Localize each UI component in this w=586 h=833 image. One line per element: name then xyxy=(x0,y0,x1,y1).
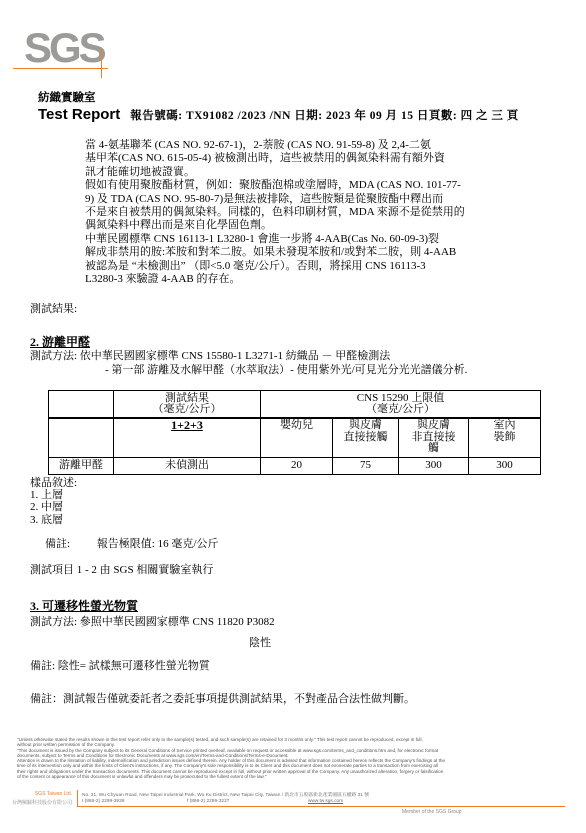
table-header-row-2: 1+2+3 嬰幼兒 與皮膚 直接接觸 與皮膚 非直接接 觸 室內 裝飾 xyxy=(49,418,541,458)
column-header-cell: 與皮膚 非直接接 觸 xyxy=(399,418,469,458)
lab-name: 紡織實驗室 xyxy=(38,89,96,105)
value-cell: 300 xyxy=(399,458,469,475)
limit-header-cell: CNS 15290 上限值 （毫克/公斤） xyxy=(261,391,541,419)
intro-line: 當 4-氨基聯苯 (CAS NO. 92-67-1)，2-萘胺 (CAS NO.… xyxy=(85,139,565,152)
intro-line: 假如有使用聚胺酯材質，例如：聚胺酯泡棉或塗層時，MDA (CAS NO. 101… xyxy=(85,179,565,192)
footer-telephone: t (886-2) 2299-3939 xyxy=(82,799,124,804)
footer-company-name-zh: 台灣檢驗科技股份有限公司 xyxy=(6,799,72,806)
value-cell: 300 xyxy=(469,458,541,475)
sample-item: 3. 底層 xyxy=(30,514,77,526)
table-data-row: 游離甲醛 未偵測出 20 75 300 300 xyxy=(49,458,541,475)
intro-line: 被認為是 “未檢測出” （即<5.0 毫克/公斤）。否則，將採用 CNS 161… xyxy=(85,260,565,273)
method-line: - 第一部 游離及水解甲醛（水萃取法）- 使用紫外光/可見光分光光譜儀分析. xyxy=(30,364,467,378)
intro-line: 解成非禁用的胺:苯胺和對苯二胺。如果未發現苯胺和/或對苯二胺，則 4-AAB xyxy=(85,246,565,259)
sample-description: 樣品敘述: 1. 上層 2. 中層 3. 底層 xyxy=(30,477,77,526)
report-header-line: Test Report 報告號碼: TX91082 /2023 /NN 日期: … xyxy=(38,106,519,124)
footer-company-name-en: SGS Taiwan Ltd. xyxy=(6,791,72,797)
note-label: 備註: xyxy=(45,538,70,550)
method-line: 測試方法: 依中華民國國家標準 CNS 15580-1 L3271-1 紡織品 … xyxy=(30,350,467,364)
footer-member-text: Member of the SGS Group xyxy=(402,809,461,815)
footer-website-link: www.tw.sgs.com xyxy=(308,799,343,804)
section2-method: 測試方法: 依中華民國國家標準 CNS 15580-1 L3271-1 紡織品 … xyxy=(30,350,467,377)
footer-fax: f (886-2) 2299-3227 xyxy=(187,799,229,804)
intro-paragraph: 當 4-氨基聯苯 (CAS NO. 92-67-1)，2-萘胺 (CAS NO.… xyxy=(85,139,565,286)
footer-divider-line xyxy=(77,790,78,807)
result-header-cell: 測試結果 （毫克/公斤） xyxy=(114,391,261,419)
note-text: 報告極限值: 16 毫克/公斤 xyxy=(97,538,219,550)
intro-line: L3280-3 來驗證 4-AAB 的存在。 xyxy=(85,273,565,286)
logo-vertical-line xyxy=(101,49,102,78)
intro-line: 訊才能確切地被證實。 xyxy=(85,166,565,179)
sample-code: 1+2+3 xyxy=(171,418,203,432)
sample-desc-label: 樣品敘述: xyxy=(30,477,77,489)
sample-item: 2. 中層 xyxy=(30,501,77,513)
performed-by: 測試項目 1 - 2 由 SGS 相關實驗室執行 xyxy=(30,561,213,577)
sgs-logo: SGS xyxy=(24,27,104,69)
result-cell: 未偵測出 xyxy=(114,458,261,475)
report-meta: 報告號碼: TX91082 /2023 /NN 日期: 2023 年 09 月 … xyxy=(130,110,518,122)
empty-cell xyxy=(49,391,114,419)
value-cell: 20 xyxy=(261,458,333,475)
test-report-page: SGS 紡織實驗室 Test Report 報告號碼: TX91082 /202… xyxy=(0,0,586,833)
section3-method: 測試方法: 參照中華民國國家標準 CNS 11820 P3082 xyxy=(30,613,275,629)
section3-result: 陰性 xyxy=(30,634,490,650)
section3-heading: 3. 可遷移性螢光物質 xyxy=(30,597,138,614)
results-table: 測試結果 （毫克/公斤） CNS 15290 上限值 （毫克/公斤） 1+2+3… xyxy=(48,390,541,475)
footer-disclaimer: "Unless otherwise stated the results sho… xyxy=(17,737,571,779)
logo-horizontal-line xyxy=(13,68,108,69)
report-title: Test Report xyxy=(38,106,120,123)
intro-line: 偶氮染料中釋出而是來自化學固色劑。 xyxy=(85,219,565,232)
sample-code-cell: 1+2+3 xyxy=(114,418,261,458)
footer-rule-line xyxy=(77,806,565,807)
section3-note: 備註: 陰性= 試樣無可遷移性螢光物質 xyxy=(30,657,210,673)
section2-note: 備註: 報告極限值: 16 毫克/公斤 xyxy=(45,535,218,551)
column-header-cell: 與皮膚 直接接觸 xyxy=(333,418,399,458)
intro-line: 不是來自被禁用的偶氮染料。同樣的，色料印刷材質，MDA 來源不是從禁用的 xyxy=(85,206,565,219)
column-header-cell: 嬰幼兒 xyxy=(261,418,333,458)
empty-cell xyxy=(49,418,114,458)
column-header-cell: 室內 裝飾 xyxy=(469,418,541,458)
disclaimer-line: of the content or appearance of this doc… xyxy=(17,774,571,779)
intro-line: 中華民國標準 CNS 16113-1 L3280-1 會進一步將 4-AAB(C… xyxy=(85,233,565,246)
section2-heading: 2. 游離甲醛 xyxy=(30,333,90,350)
sample-item: 1. 上層 xyxy=(30,489,77,501)
intro-line: 9) 及 TDA (CAS NO. 95-80-7)是無法被排除，這些胺類是從聚… xyxy=(85,193,565,206)
item-cell: 游離甲醛 xyxy=(49,458,114,475)
footer-address: No. 31, Wu Chyuan Road, New Taipei Indus… xyxy=(82,791,369,798)
value-cell: 75 xyxy=(333,458,399,475)
table-header-row-1: 測試結果 （毫克/公斤） CNS 15290 上限值 （毫克/公斤） xyxy=(49,391,541,419)
general-note: 備註：測試報告僅就委託者之委託事項提供測試結果，不對產品合法性做判斷。 xyxy=(30,690,415,706)
results-label: 測試結果: xyxy=(30,300,77,316)
intro-line: 基甲苯(CAS NO. 615-05-4) 被檢測出時，這些被禁用的偶氮染料需有… xyxy=(85,152,565,165)
